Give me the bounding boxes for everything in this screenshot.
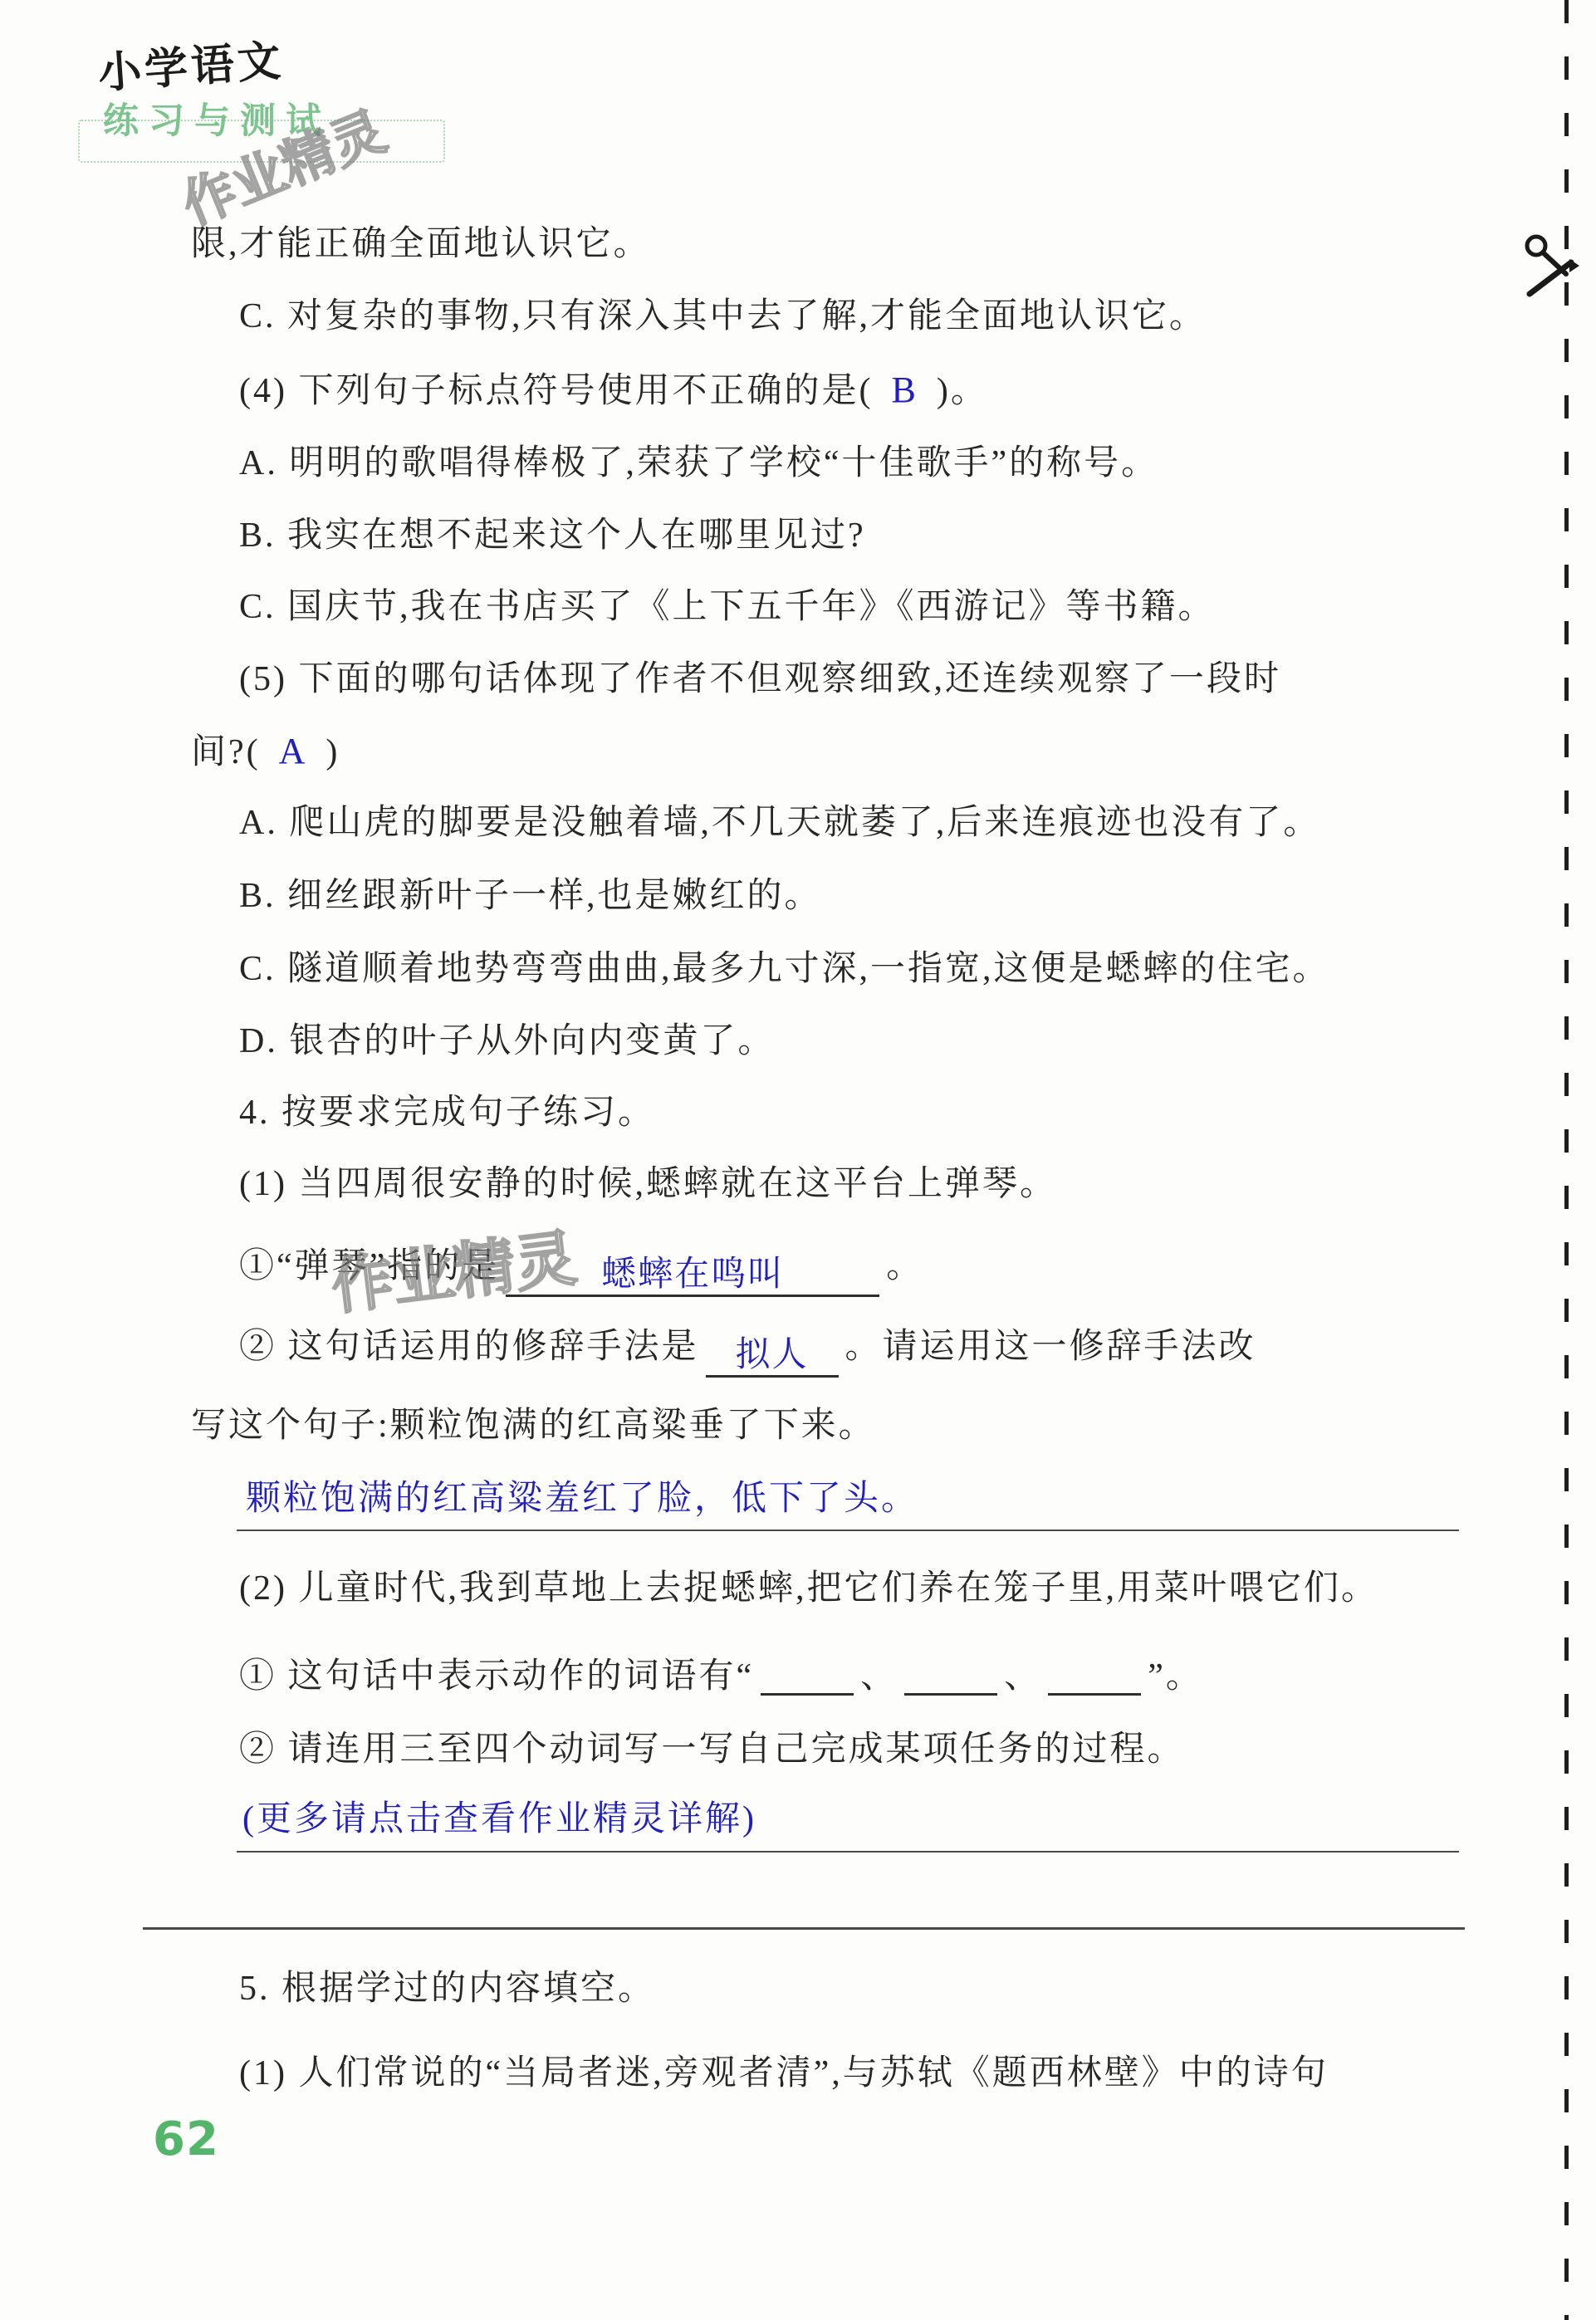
text-line-23: 5. 根据学过的内容填空。 xyxy=(239,1965,655,2013)
line-text: 。 xyxy=(886,1247,923,1285)
text-line-9: A. 爬山虎的脚要是没触着墙,不几天就萎了,后来连痕迹也没有了。 xyxy=(239,799,1320,847)
text-line-2: C. 对复杂的事物,只有深入其中去了解,才能全面地认识它。 xyxy=(239,292,1207,340)
line-text: ② 请连用三至四个动词写一写自己完成某项任务的过程。 xyxy=(239,1730,1185,1769)
line-text: C. 国庆节,我在书店买了《上下五千年》《西游记》等书籍。 xyxy=(239,588,1216,626)
text-line-15: ①“弹琴”指的是蟋蟀在鸣叫。 xyxy=(239,1242,923,1290)
line-text: A. 明明的歌唱得棒极了,荣获了学校“十佳歌手”的称号。 xyxy=(239,444,1158,482)
logo-title: 小学语文 xyxy=(95,25,286,100)
answer-blank xyxy=(904,1653,997,1696)
text-line-13: 4. 按要求完成句子练习。 xyxy=(239,1089,655,1137)
line-text: 间?( xyxy=(191,733,261,771)
line-text: 限,才能正确全面地认识它。 xyxy=(191,225,651,263)
line-text: 4. 按要求完成句子练习。 xyxy=(239,1094,655,1132)
line-text: 。请运用这一修辞手法改 xyxy=(845,1328,1256,1366)
text-line-10: B. 细丝跟新叶子一样,也是嫩红的。 xyxy=(239,872,822,920)
text-line-17: 写这个句子:颗粒饱满的红高粱垂了下来。 xyxy=(191,1402,876,1450)
text-line-5: B. 我实在想不起来这个人在哪里见过? xyxy=(239,511,866,560)
answer-text: 颗粒饱满的红高粱羞红了脸，低下了头。 xyxy=(246,1480,918,1518)
text-line-11: C. 隧道顺着地势弯弯曲曲,最多九寸深,一指宽,这便是蟋蟀的住宅。 xyxy=(239,945,1330,993)
text-line-12: D. 银杏的叶子从外向内变黄了。 xyxy=(239,1017,775,1065)
line-text: 、 xyxy=(860,1657,898,1696)
text-line-18: 颗粒饱满的红高粱羞红了脸，低下了头。 xyxy=(246,1475,918,1523)
line-text: D. 银杏的叶子从外向内变黄了。 xyxy=(239,1022,775,1060)
answer-underline xyxy=(237,1530,1459,1531)
answer-underline xyxy=(237,1851,1459,1853)
cut-dashed-line xyxy=(1564,0,1569,2320)
line-text: (4) 下列句子标点符号使用不正确的是( xyxy=(239,372,873,410)
line-text: 写这个句子:颗粒饱满的红高粱垂了下来。 xyxy=(191,1407,876,1445)
answer-blank xyxy=(761,1653,854,1696)
answer-blank: 蟋蟀在鸣叫 xyxy=(506,1255,879,1297)
line-text: (1) 人们常说的“当局者迷,旁观者清”,与苏轼《题西林壁》中的诗句 xyxy=(239,2054,1329,2092)
line-text: (1) 当四周很安静的时候,蟋蟀就在这平台上弹琴。 xyxy=(239,1165,1057,1203)
page-number: 62 xyxy=(153,2112,219,2166)
answer-blank xyxy=(1048,1653,1141,1696)
line-text: ② 这句话运用的修辞手法是 xyxy=(239,1328,699,1366)
text-line-6: C. 国庆节,我在书店买了《上下五千年》《西游记》等书籍。 xyxy=(239,583,1216,631)
line-text: B. 细丝跟新叶子一样,也是嫩红的。 xyxy=(239,877,822,915)
answer-letter: A xyxy=(279,731,308,771)
blank-answer-text: 蟋蟀在鸣叫 xyxy=(601,1255,784,1294)
line-text: ①“弹琴”指的是 xyxy=(239,1247,499,1285)
text-line-1: 限,才能正确全面地认识它。 xyxy=(191,220,651,268)
text-line-24: (1) 人们常说的“当局者迷,旁观者清”,与苏轼《题西林壁》中的诗句 xyxy=(239,2049,1329,2097)
text-line-20: ① 这句话中表示动作的词语有“、、”。 xyxy=(239,1645,1203,1701)
line-text: (5) 下面的哪句话体现了作者不但观察细致,还连续观察了一段时 xyxy=(239,660,1281,698)
line-text: ”。 xyxy=(1148,1657,1203,1696)
line-text: A. 爬山虎的脚要是没触着墙,不几天就萎了,后来连痕迹也没有了。 xyxy=(239,804,1320,842)
text-line-16: ② 这句话运用的修辞手法是拟人。请运用这一修辞手法改 xyxy=(239,1323,1256,1371)
line-text: ) xyxy=(326,733,340,771)
text-line-22: (更多请点击查看作业精灵详解) xyxy=(242,1795,756,1843)
line-text: C. 对复杂的事物,只有深入其中去了解,才能全面地认识它。 xyxy=(239,297,1207,335)
text-line-8: 间?(A) xyxy=(191,727,340,776)
line-text: B. 我实在想不起来这个人在哪里见过? xyxy=(239,516,866,555)
text-line-21: ② 请连用三至四个动词写一写自己完成某项任务的过程。 xyxy=(239,1725,1185,1774)
text-line-3: (4) 下列句子标点符号使用不正确的是(B)。 xyxy=(239,366,988,415)
text-line-19: (2) 儿童时代,我到草地上去捉蟋蟀,把它们养在笼子里,用菜叶喂它们。 xyxy=(239,1564,1378,1613)
line-text: )。 xyxy=(937,372,988,410)
workbook-page: 小学语文 练习与测试 限,才能正确全面地认识它。C. 对复杂的事物,只有深入其中… xyxy=(0,0,1596,2320)
section-divider xyxy=(143,1927,1465,1930)
answer-letter: B xyxy=(891,370,918,410)
answer-blank: 拟人 xyxy=(706,1335,839,1378)
answer-text: (更多请点击查看作业精灵详解) xyxy=(242,1800,756,1838)
line-text: 、 xyxy=(1004,1657,1041,1696)
logo-subtitle: 练习与测试 xyxy=(103,93,331,144)
blank-answer-text: 拟人 xyxy=(736,1336,809,1374)
line-text: ① 这句话中表示动作的词语有“ xyxy=(239,1657,754,1696)
line-text: 5. 根据学过的内容填空。 xyxy=(239,1970,655,2008)
text-line-7: (5) 下面的哪句话体现了作者不但观察细致,还连续观察了一段时 xyxy=(239,655,1281,703)
text-line-4: A. 明明的歌唱得棒极了,荣获了学校“十佳歌手”的称号。 xyxy=(239,439,1158,487)
text-line-14: (1) 当四周很安静的时候,蟋蟀就在这平台上弹琴。 xyxy=(239,1160,1057,1208)
scissors-icon xyxy=(1505,223,1581,307)
line-text: C. 隧道顺着地势弯弯曲曲,最多九寸深,一指宽,这便是蟋蟀的住宅。 xyxy=(239,950,1330,988)
line-text: (2) 儿童时代,我到草地上去捉蟋蟀,把它们养在笼子里,用菜叶喂它们。 xyxy=(239,1569,1378,1608)
